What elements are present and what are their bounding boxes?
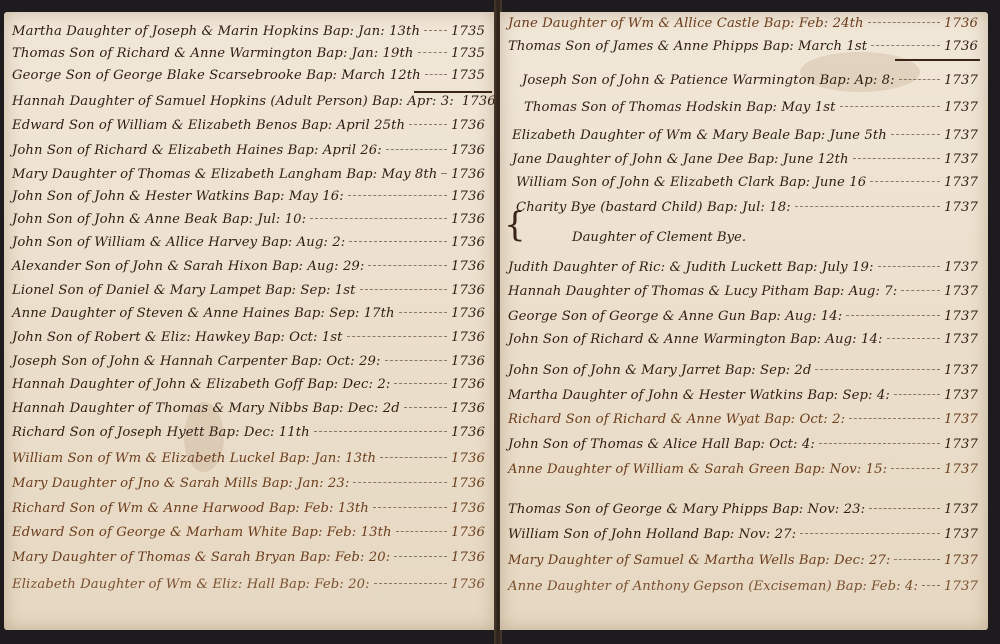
register-entry: Hannah Daughter of Samuel Hopkins (Adult…	[12, 94, 485, 116]
register-entry: Hannah Daughter of Thomas & Mary Nibbs B…	[12, 401, 485, 423]
register-entry: Mary Daughter of Thomas & Elizabeth Lang…	[12, 167, 485, 189]
register-entry: John Son of Richard & Elizabeth Haines B…	[12, 143, 485, 165]
right-page: Jane Daughter of Wm & Allice Castle Bap:…	[500, 12, 988, 630]
register-entry: Hannah Daughter of Thomas & Lucy Pitham …	[508, 284, 978, 306]
entry-continuation: Daughter of Clement Bye.	[572, 230, 746, 245]
register-entry: Anne Daughter of Anthony Gepson (Excisem…	[508, 579, 978, 601]
register-entry: Elizabeth Daughter of Wm & Mary Beale Ba…	[512, 128, 978, 150]
register-entry: Edward Son of William & Elizabeth Benos …	[12, 118, 485, 140]
register-entry: Anne Daughter of William & Sarah Green B…	[508, 462, 978, 484]
register-entry: John Son of John & Hester Watkins Bap: M…	[12, 189, 485, 211]
register-entry: Hannah Daughter of John & Elizabeth Goff…	[12, 377, 485, 399]
register-entry: John Son of William & Allice Harvey Bap:…	[12, 235, 485, 257]
register-entry: Thomas Son of George & Mary Phipps Bap: …	[508, 502, 978, 524]
left-page: Martha Daughter of Joseph & Marin Hopkin…	[4, 12, 495, 630]
register-entry: William Son of John Holland Bap: Nov: 27…	[508, 527, 978, 549]
register-entry: Edward Son of George & Marham White Bap:…	[12, 525, 485, 547]
register-entry: Joseph Son of John & Hannah Carpenter Ba…	[12, 354, 485, 376]
register-entry: Martha Daughter of Joseph & Marin Hopkin…	[12, 24, 485, 46]
register-entry: Thomas Son of Richard & Anne Warmington …	[12, 46, 485, 68]
register-entry: George Son of George Blake Scarsebrooke …	[12, 68, 485, 90]
register-entry: Jane Daughter of John & Jane Dee Bap: Ju…	[512, 152, 978, 174]
register-entry: Richard Son of Wm & Anne Harwood Bap: Fe…	[12, 501, 485, 523]
register-entry: Richard Son of Richard & Anne Wyat Bap: …	[508, 412, 978, 434]
register-entry: Thomas Son of James & Anne Phipps Bap: M…	[508, 39, 978, 61]
register-entry: Charity Bye (bastard Child) Bap: Jul: 18…	[516, 200, 978, 222]
register-entry: Thomas Son of Thomas Hodskin Bap: May 1s…	[524, 100, 978, 122]
register-entry: Lionel Son of Daniel & Mary Lampet Bap: …	[12, 283, 485, 305]
register-entry: John Son of Thomas & Alice Hall Bap: Oct…	[508, 437, 978, 459]
register-entry: Richard Son of Joseph Hyett Bap: Dec: 11…	[12, 425, 485, 447]
register-entry: Judith Daughter of Ric: & Judith Luckett…	[508, 260, 978, 282]
register-entry: William Son of Wm & Elizabeth Luckel Bap…	[12, 451, 485, 473]
register-entry: Anne Daughter of Steven & Anne Haines Ba…	[12, 306, 485, 328]
register-entry: George Son of George & Anne Gun Bap: Aug…	[508, 309, 978, 331]
year-divider-rule	[414, 91, 492, 93]
register-entry: Mary Daughter of Samuel & Martha Wells B…	[508, 553, 978, 575]
register-entry: Elizabeth Daughter of Wm & Eliz: Hall Ba…	[12, 577, 485, 599]
register-entry: John Son of Robert & Eliz: Hawkey Bap: O…	[12, 330, 485, 352]
register-entry: John Son of John & Anne Beak Bap: Jul: 1…	[12, 212, 485, 234]
register-entry: Mary Daughter of Thomas & Sarah Bryan Ba…	[12, 550, 485, 572]
brace-mark: {	[504, 208, 526, 242]
register-entry: John Son of Richard & Anne Warmington Ba…	[508, 332, 978, 354]
register-entry: Martha Daughter of John & Hester Watkins…	[508, 388, 978, 410]
register-entry: Alexander Son of John & Sarah Hixon Bap:…	[12, 259, 485, 281]
register-entry: Jane Daughter of Wm & Allice Castle Bap:…	[508, 16, 978, 38]
register-entry: Mary Daughter of Jno & Sarah Mills Bap: …	[12, 476, 485, 498]
register-entry: John Son of John & Mary Jarret Bap: Sep:…	[508, 363, 978, 385]
register-entry: William Son of John & Elizabeth Clark Ba…	[516, 175, 978, 197]
register-entry: Joseph Son of John & Patience Warmington…	[522, 73, 978, 95]
